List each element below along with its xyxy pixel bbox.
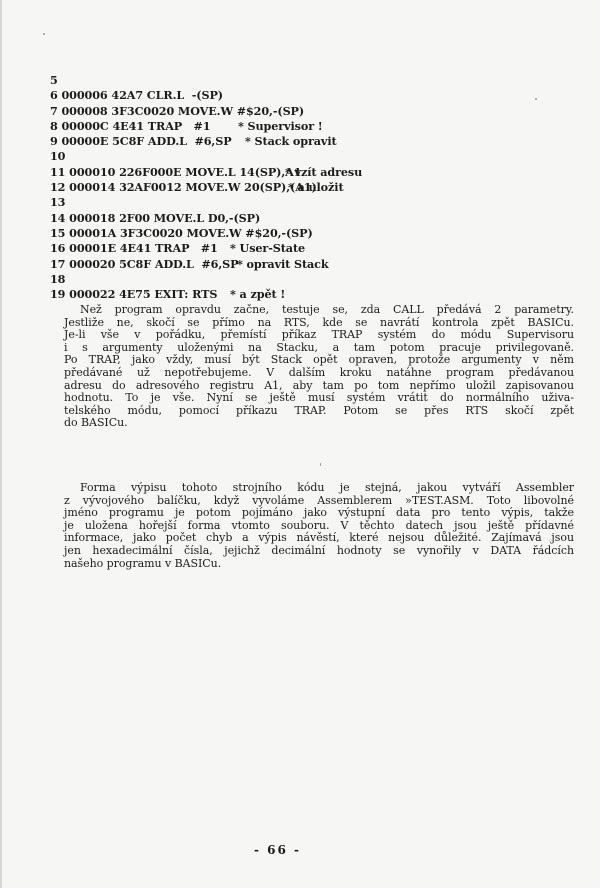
code-instruction: 9 00000E 5C8F ADD.L #6,SP bbox=[50, 134, 232, 148]
code-instruction: 16 00001E 4E41 TRAP #1 bbox=[50, 241, 218, 255]
text-line: jméno programu je potom pojímáno jako vý… bbox=[64, 507, 574, 520]
text-line: Je-li vše v pořádku, přemístí příkaz TRA… bbox=[64, 329, 574, 342]
code-line: 10 bbox=[50, 149, 317, 164]
code-instruction: 6 000006 42A7 CLR.L -(SP) bbox=[50, 88, 223, 102]
code-comment: * a uložit bbox=[288, 180, 344, 195]
code-instruction: 11 000010 226F000E MOVE.L 14(SP),A1 bbox=[50, 165, 301, 179]
text-line: hodnotu. To je vše. Nyní se ještě musí s… bbox=[64, 392, 574, 405]
code-comment: * vzít adresu bbox=[285, 165, 362, 180]
code-instruction: 7 000008 3F3C0020 MOVE.W #$20,-(SP) bbox=[50, 104, 304, 118]
code-line: 15 00001A 3F3C0020 MOVE.W #$20,-(SP) bbox=[50, 226, 317, 241]
code-comment: * opravit Stack bbox=[237, 257, 329, 272]
code-instruction: 14 000018 2F00 MOVE.L D0,-(SP) bbox=[50, 211, 260, 225]
code-line: 7 000008 3F3C0020 MOVE.W #$20,-(SP) bbox=[50, 104, 317, 119]
code-line: 17 000020 5C8F ADD.L #6,SP* opravit Stac… bbox=[50, 257, 317, 272]
scan-speck bbox=[320, 463, 321, 466]
code-line: 13 bbox=[50, 195, 317, 210]
code-instruction: 13 bbox=[50, 195, 65, 209]
code-instruction: 8 00000C 4E41 TRAP #1 bbox=[50, 119, 210, 133]
code-comment: * Stack opravit bbox=[245, 134, 337, 149]
code-instruction: 18 bbox=[50, 272, 65, 286]
code-line: 19 000022 4E75 EXIT: RTS* a zpět ! bbox=[50, 287, 317, 302]
code-instruction: 19 000022 4E75 EXIT: RTS bbox=[50, 287, 217, 301]
assembler-listing: 56 000006 42A7 CLR.L -(SP)7 000008 3F3C0… bbox=[50, 73, 317, 302]
scan-speck bbox=[43, 33, 45, 35]
page-number: - 66 - bbox=[254, 843, 301, 857]
code-instruction: 5 bbox=[50, 73, 58, 87]
code-line: 11 000010 226F000E MOVE.L 14(SP),A1* vzí… bbox=[50, 165, 317, 180]
code-line: 9 00000E 5C8F ADD.L #6,SP* Stack opravit bbox=[50, 134, 317, 149]
code-line: 5 bbox=[50, 73, 317, 88]
scanned-page: 56 000006 42A7 CLR.L -(SP)7 000008 3F3C0… bbox=[0, 0, 600, 888]
code-instruction: 12 000014 32AF0012 MOVE.W 20(SP),(A1) bbox=[50, 180, 317, 194]
code-instruction: 15 00001A 3F3C0020 MOVE.W #$20,-(SP) bbox=[50, 226, 313, 240]
code-instruction: 17 000020 5C8F ADD.L #6,SP bbox=[50, 257, 238, 271]
code-line: 8 00000C 4E41 TRAP #1* Supervisor ! bbox=[50, 119, 317, 134]
text-line: našeho programu v BASICu. bbox=[64, 558, 574, 571]
text-line: Než program opravdu začne, testuje se, z… bbox=[64, 304, 574, 317]
code-line: 6 000006 42A7 CLR.L -(SP) bbox=[50, 88, 317, 103]
code-line: 18 bbox=[50, 272, 317, 287]
code-instruction: 10 bbox=[50, 149, 65, 163]
scan-speck bbox=[535, 98, 537, 100]
code-comment: * a zpět ! bbox=[230, 287, 285, 302]
code-line: 12 000014 32AF0012 MOVE.W 20(SP),(A1)* a… bbox=[50, 180, 317, 195]
paragraph-explanation: Než program opravdu začne, testuje se, z… bbox=[64, 304, 574, 430]
text-line: telského módu, pomocí příkazu TRAP. Poto… bbox=[64, 405, 574, 418]
code-line: 16 00001E 4E41 TRAP #1* User-State bbox=[50, 241, 317, 256]
code-comment: * Supervisor ! bbox=[238, 119, 323, 134]
code-comment: * User-State bbox=[230, 241, 305, 256]
code-line: 14 000018 2F00 MOVE.L D0,-(SP) bbox=[50, 211, 317, 226]
text-line: do BASICu. bbox=[64, 417, 574, 430]
text-line: jen hexadecimální čísla, jejichž decimál… bbox=[64, 545, 574, 558]
text-line: předávané už nepotřebujeme. V dalším kro… bbox=[64, 367, 574, 380]
paragraph-listing-format: Forma výpisu tohoto strojního kódu je st… bbox=[64, 482, 574, 570]
text-line: Forma výpisu tohoto strojního kódu je st… bbox=[64, 482, 574, 495]
